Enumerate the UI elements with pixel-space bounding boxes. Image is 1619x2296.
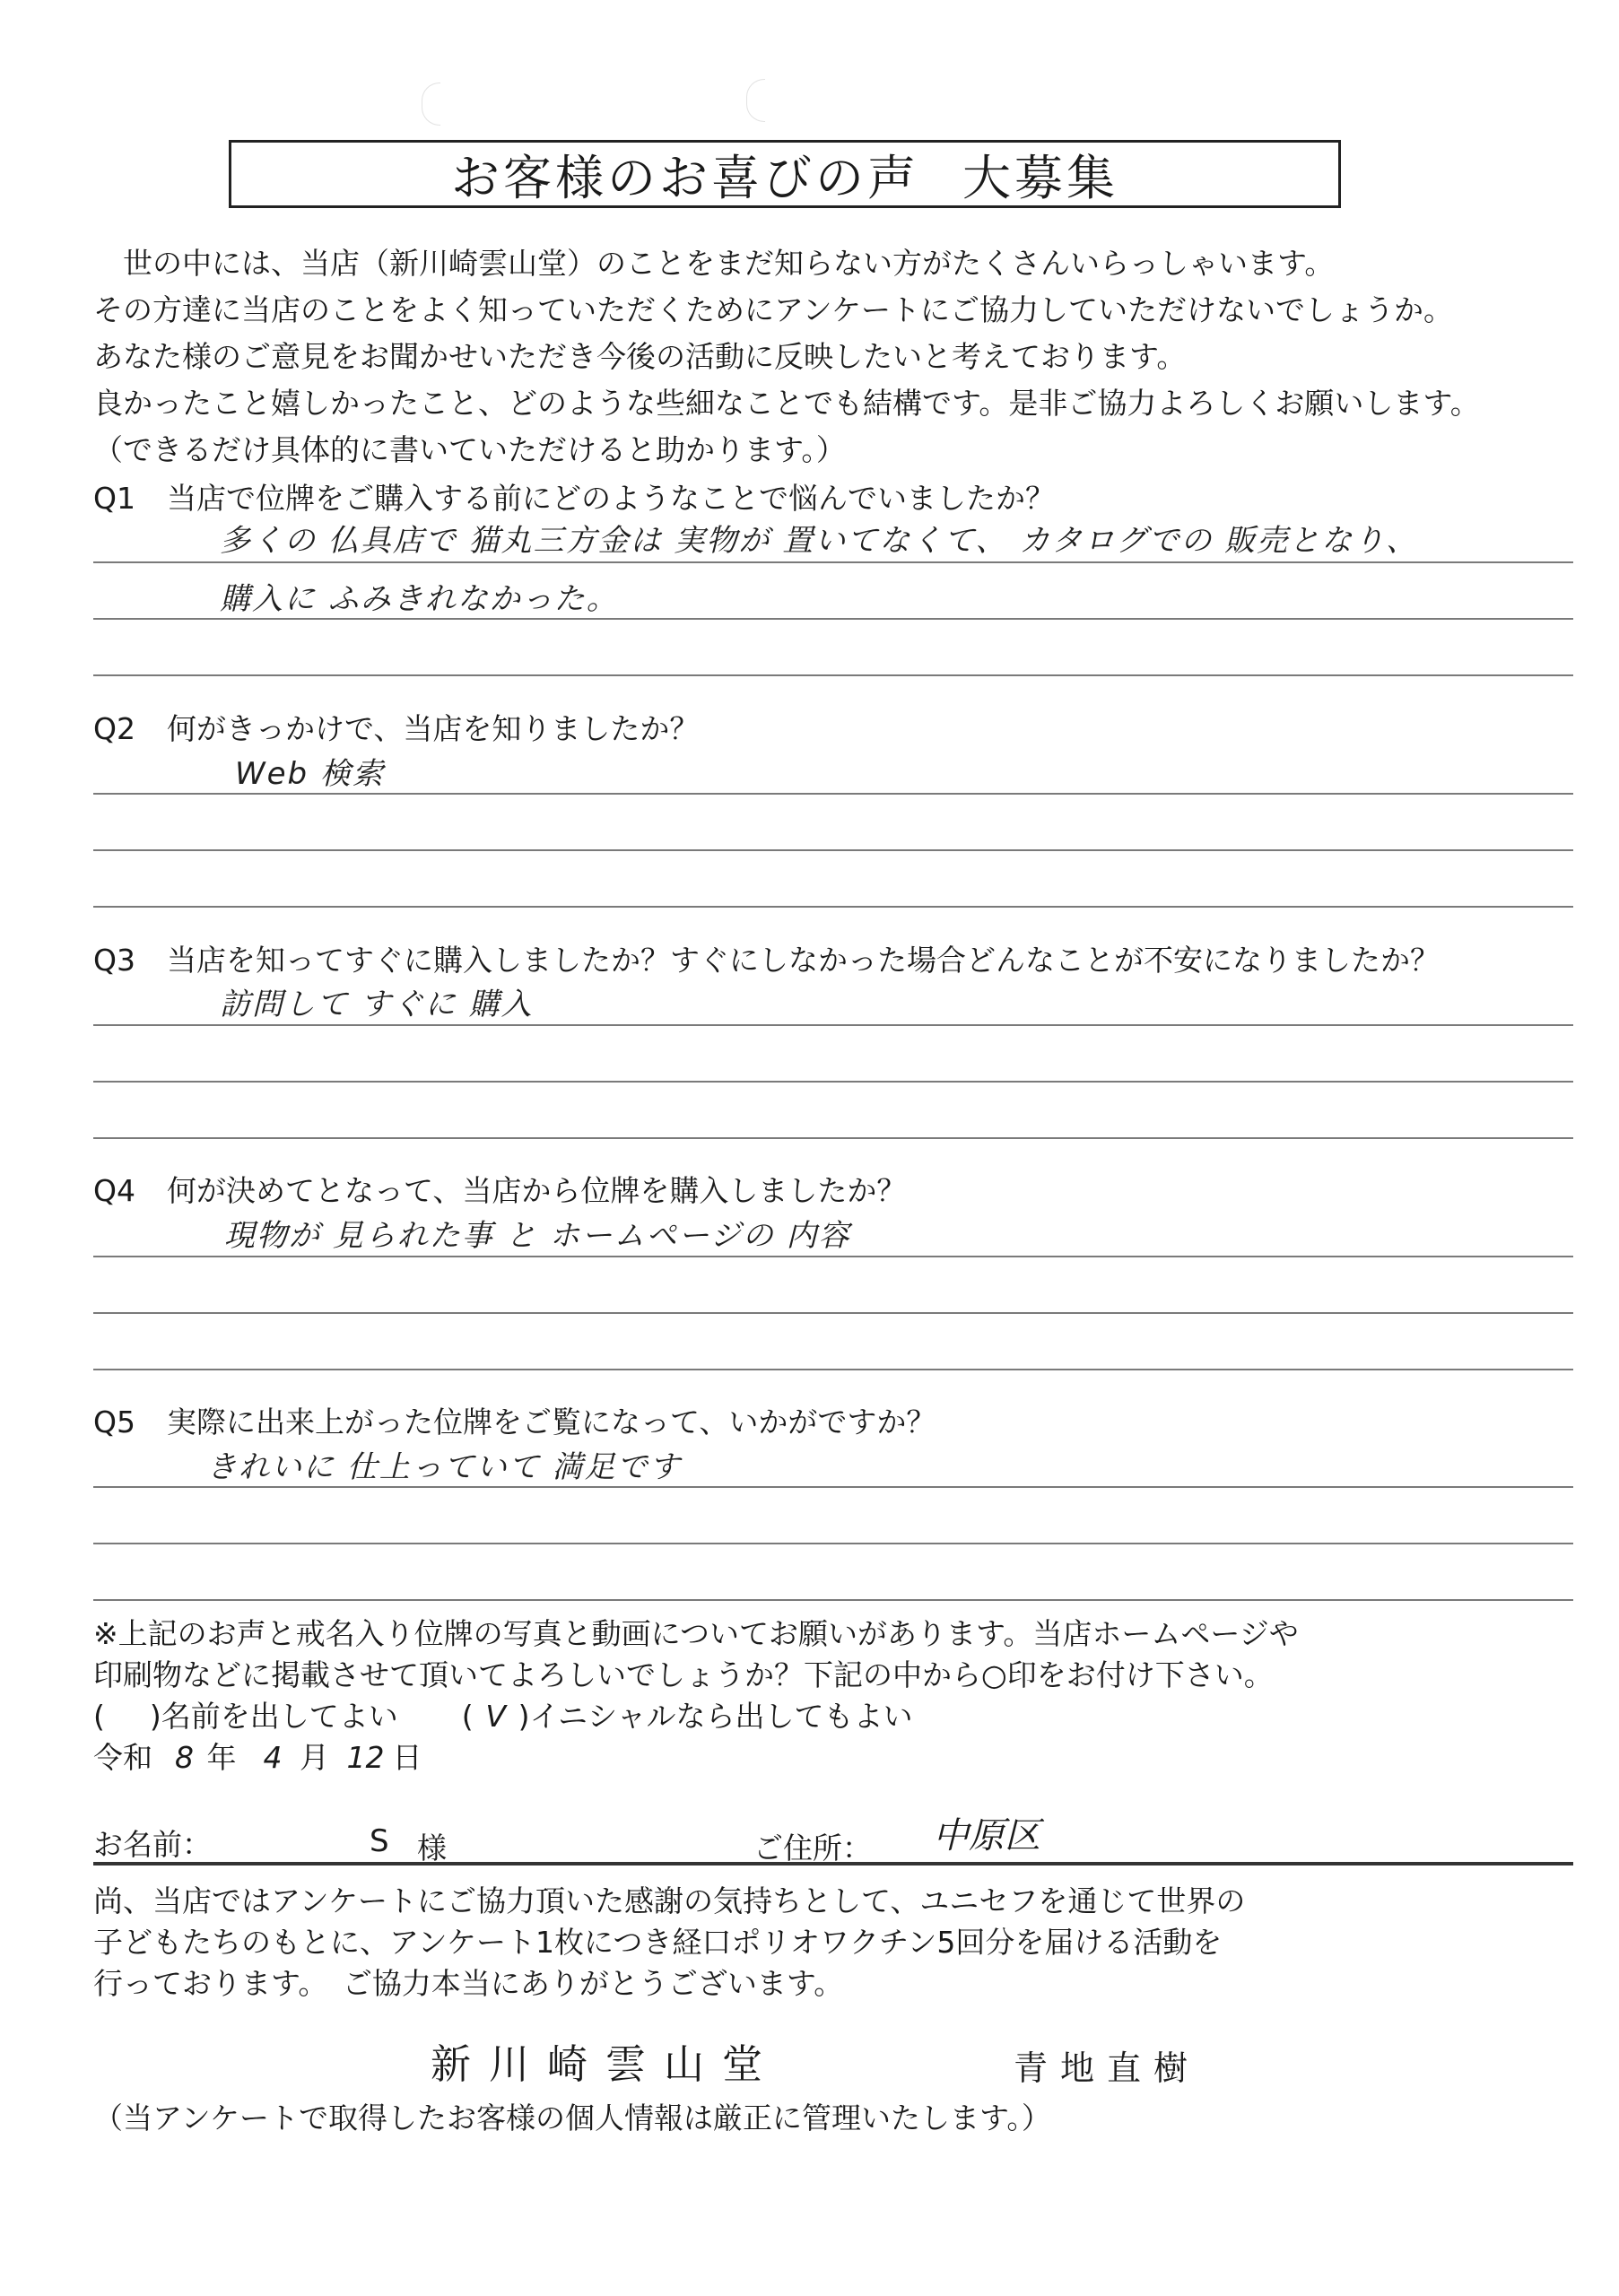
intro-line: （できるだけ具体的に書いていただけると助かります。）: [93, 427, 1573, 474]
question-text: 当店で位牌をご購入する前にどのようなことで悩んでいましたか？: [167, 481, 1055, 516]
day-unit: 日: [393, 1740, 422, 1775]
era: 令和: [93, 1740, 152, 1775]
question-number: Q4: [93, 1173, 167, 1208]
store-name: 新川崎雲山堂: [431, 2031, 780, 2090]
owner-name: 青地直樹: [1014, 2040, 1200, 2090]
ruled-line: [93, 1486, 1573, 1488]
consent-options: ()名前を出してよい (V)イニシャルなら出してもよい: [93, 1697, 913, 1736]
answer-4-line-1: 現物が 見られた事 と ホームページの 内容: [224, 1211, 851, 1255]
ruled-line: [93, 618, 1573, 620]
question-1: Q1当店で位牌をご購入する前にどのようなことで悩んでいましたか？: [93, 475, 1055, 517]
month-value[interactable]: 4: [246, 1738, 300, 1778]
address-value[interactable]: 中原区: [933, 1807, 1040, 1858]
date-row: 令和 8年 4月 12日: [93, 1738, 422, 1778]
signature-line: [93, 1862, 1573, 1865]
closing-line: 尚、当店ではアンケートにご協力頂いた感謝の気持ちとして、ユニセフを通じて世界の: [93, 1882, 1245, 1921]
question-5: Q5実際に出来上がった位牌をご覧になって、いかがですか？: [93, 1399, 936, 1441]
punch-hole-left: [422, 83, 440, 126]
ruled-line: [93, 1543, 1573, 1544]
question-number: Q5: [93, 1405, 167, 1439]
mark-value: V: [474, 1697, 518, 1736]
ruled-line: [93, 1081, 1573, 1083]
address-label: ご住所：: [753, 1825, 872, 1867]
question-text: 何が決めてとなって、当店から位牌を購入しましたか？: [167, 1173, 906, 1208]
closing-line: 行っております。 ご協力本当にありがとうございます。: [93, 1964, 843, 2004]
ruled-line: [93, 1369, 1573, 1370]
year-unit: 年: [207, 1740, 237, 1775]
ruled-line: [93, 1312, 1573, 1314]
question-text: 何がきっかけで、当店を知りましたか？: [167, 711, 699, 746]
question-number: Q2: [93, 711, 167, 746]
question-2: Q2何がきっかけで、当店を知りましたか？: [93, 706, 699, 748]
question-3: Q3当店を知ってすぐに購入しましたか？すぐにしなかった場合どんなことが不安になり…: [93, 937, 1440, 979]
name-value[interactable]: S: [370, 1823, 389, 1859]
ruled-line: [93, 561, 1573, 563]
consent-line: 印刷物などに掲載させて頂いてよろしいでしょうか？下記の中から○印をお付け下さい。: [93, 1656, 1274, 1695]
ruled-line: [93, 674, 1573, 676]
answer-3-line-1: 訪問して すぐに 購入: [220, 979, 534, 1023]
question-text: 当店を知ってすぐに購入しましたか？すぐにしなかった場合どんなことが不安になりまし…: [167, 943, 1440, 978]
answer-1-line-2: 購入に ふみきれなかった。: [220, 574, 619, 618]
intro-line: 世の中には、当店（新川崎雲山堂）のことをまだ知らない方がたくさんいらっしゃいます…: [93, 240, 1573, 287]
intro-line: あなた様のご意見をお聞かせいただき今後の活動に反映したいと考えております。: [93, 334, 1573, 380]
privacy-note: （当アンケートで取得したお客様の個人情報は厳正に管理いたします。）: [93, 2099, 1051, 2138]
ruled-line: [93, 906, 1573, 908]
option-label: イニシャルなら出してもよい: [530, 1699, 913, 1734]
name-label: お名前：: [93, 1825, 212, 1865]
consent-line: ※上記のお声と戒名入り位牌の写真と動画についてお願いがあります。当店ホームページ…: [93, 1614, 1299, 1654]
option-label: 名前を出してよい: [161, 1699, 398, 1734]
ruled-line: [93, 1256, 1573, 1257]
intro-line: その方達に当店のことをよく知っていただくためにアンケートにご協力していただけない…: [93, 287, 1573, 334]
title-sub: 大募集: [962, 140, 1119, 209]
question-4: Q4何が決めてとなって、当店から位牌を購入しましたか？: [93, 1168, 906, 1210]
intro-line: 良かったこと嬉しかったこと、どのような些細なことでも結構です。是非ご協力よろしく…: [93, 380, 1573, 427]
question-number: Q3: [93, 943, 167, 978]
title-main: お客様のお喜びの声: [451, 140, 919, 209]
checkbox-name-permission[interactable]: (): [93, 1699, 161, 1734]
checkbox-initial-permission[interactable]: (V): [462, 1699, 530, 1734]
ruled-line: [93, 1599, 1573, 1601]
ruled-line: [93, 1024, 1573, 1026]
answer-5-line-1: きれいに 仕上っていて 満足です: [206, 1442, 682, 1486]
ruled-line: [93, 1137, 1573, 1139]
month-unit: 月: [300, 1740, 329, 1775]
closing-line: 子どもたちのもとに、アンケート1枚につき経口ポリオワクチン5回分を届ける活動を: [93, 1923, 1222, 1962]
ruled-line: [93, 793, 1573, 795]
answer-1-line-1: 多くの 仏具店で 猫丸三方金は 実物が 置いてなくて、 カタログでの 販売となり…: [220, 516, 1418, 560]
ruled-line: [93, 849, 1573, 851]
year-value[interactable]: 8: [162, 1738, 207, 1778]
question-text: 実際に出来上がった位牌をご覧になって、いかがですか？: [167, 1405, 936, 1439]
day-value[interactable]: 12: [339, 1738, 393, 1778]
honorific: 様: [417, 1825, 447, 1867]
punch-hole-right: [746, 79, 765, 122]
question-number: Q1: [93, 481, 167, 516]
intro-paragraph: 世の中には、当店（新川崎雲山堂）のことをまだ知らない方がたくさんいらっしゃいます…: [93, 240, 1573, 474]
answer-2-line-1: Web 検索: [235, 749, 385, 793]
page-title: お客様のお喜びの声 大募集: [229, 140, 1341, 208]
